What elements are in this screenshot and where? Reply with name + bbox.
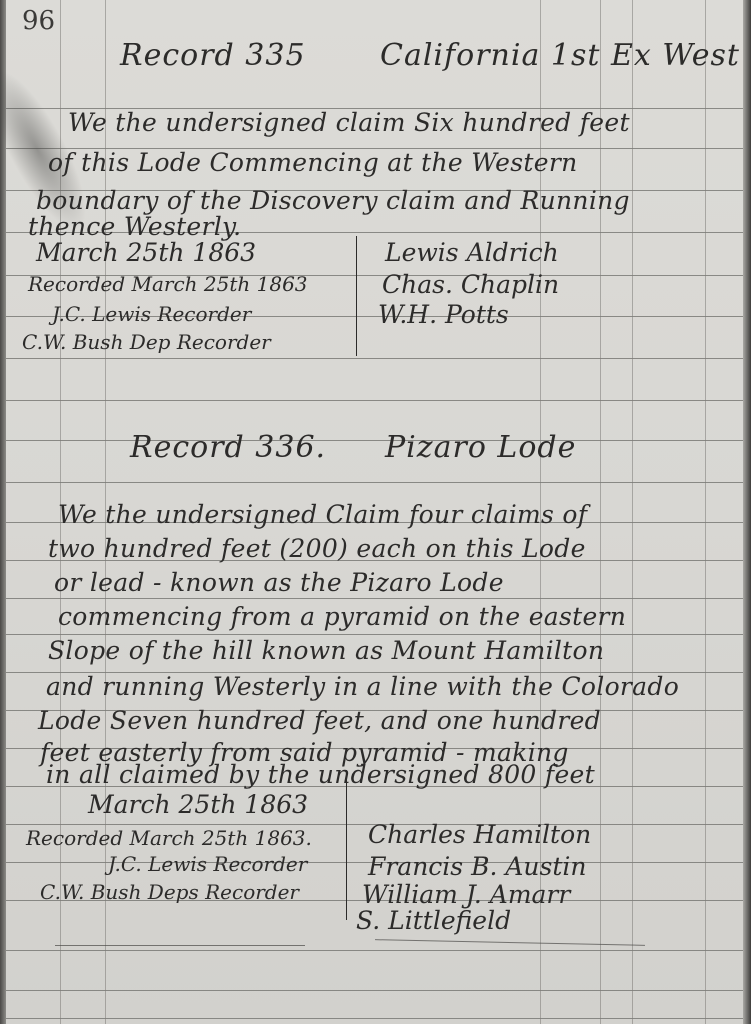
ruled-line [0,598,751,599]
record-title: Record 335 [120,38,306,73]
signatory: S. Littlefield [356,906,511,935]
signatory: W.H. Potts [378,300,509,329]
claim-line: and running Westerly in a line with the … [46,672,679,701]
lode-name: California 1st Ex West [380,38,740,73]
recorded-date: Recorded March 25th 1863. [26,826,312,850]
column-rule [632,0,633,1024]
deputy-recorder: C.W. Bush Deps Recorder [40,880,299,904]
record-title: Record 336. [130,430,326,465]
signature-brace [346,770,361,920]
closing-rule [375,939,645,946]
signatory: Lewis Aldrich [385,238,559,267]
lode-name: Pizaro Lode [385,430,576,465]
ruled-line [0,1018,751,1019]
ledger-page: 96 Record 335 California 1st Ex West We … [0,0,751,1024]
ruled-line [0,990,751,991]
page-left-edge [0,0,6,1024]
signature-brace [356,236,371,356]
deputy-recorder: C.W. Bush Dep Recorder [22,330,271,354]
ruled-line [0,358,751,359]
signatory: Chas. Chaplin [382,270,559,299]
claim-line: thence Westerly. [28,212,241,241]
recorded-date: Recorded March 25th 1863 [28,272,308,296]
page-right-edge [743,0,751,1024]
claim-date: March 25th 1863 [88,790,308,819]
signatory: William J. Amarr [362,880,570,909]
recorder: J.C. Lewis Recorder [108,852,307,876]
column-rule [705,0,706,1024]
claim-line: commencing from a pyramid on the eastern [58,602,626,631]
claim-line: Slope of the hill known as Mount Hamilto… [48,636,604,665]
page-number: 96 [22,6,55,36]
claim-line: Lode Seven hundred feet, and one hundred [38,706,601,735]
ruled-line [0,482,751,483]
claim-line: of this Lode Commencing at the Western [48,148,577,177]
signatory: Francis B. Austin [368,852,586,881]
claim-line: or lead - known as the Pizaro Lode [54,568,504,597]
ruled-line [0,440,751,441]
claim-date: March 25th 1863 [36,238,256,267]
ruled-line [0,400,751,401]
ruled-line [0,950,751,951]
recorder: J.C. Lewis Recorder [52,302,251,326]
claim-line: We the undersigned Claim four claims of [58,500,587,529]
claim-line: in all claimed by the undersigned 800 fe… [46,760,595,789]
claim-line: boundary of the Discovery claim and Runn… [36,186,630,215]
closing-rule [55,945,305,946]
claim-line: two hundred feet (200) each on this Lode [48,534,586,563]
claim-line: We the undersigned claim Six hundred fee… [68,108,630,137]
ruled-line [0,634,751,635]
signatory: Charles Hamilton [368,820,591,849]
column-rule [600,0,601,1024]
